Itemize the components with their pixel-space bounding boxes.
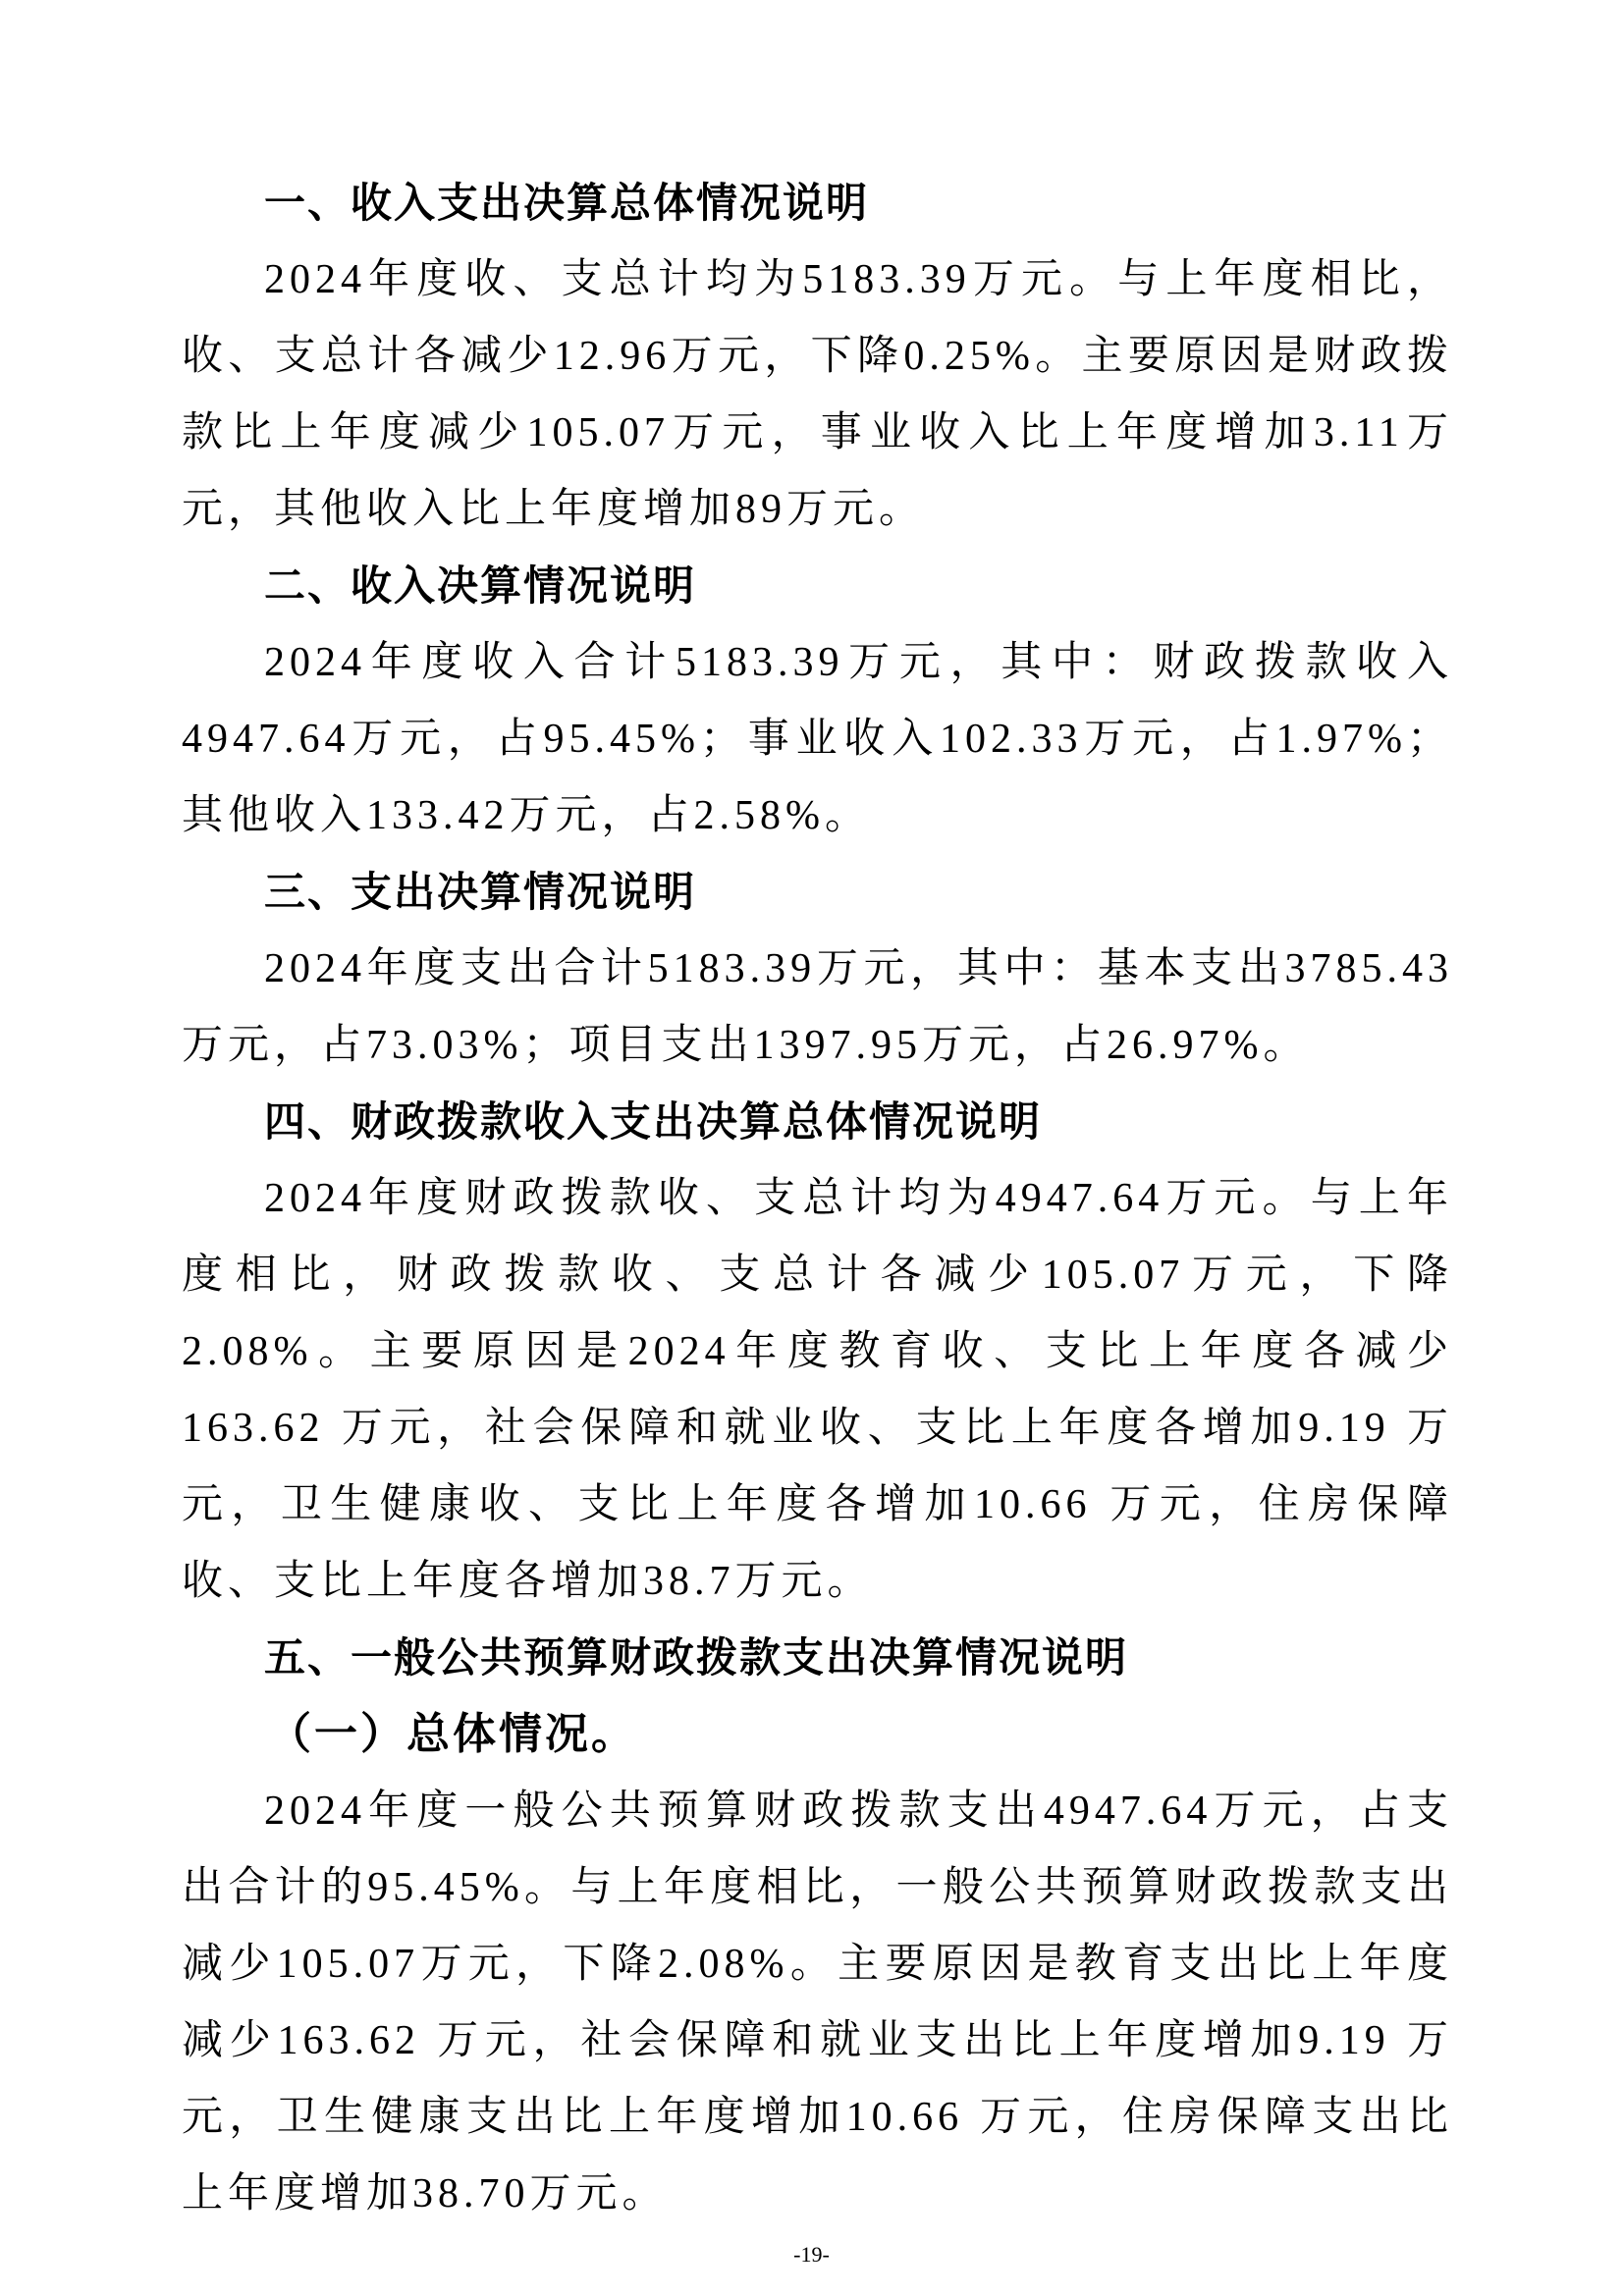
section-heading-expenditure-final-accounts: 三、支出决算情况说明 — [182, 854, 1453, 931]
document-content: 一、收入支出决算总体情况说明 2024年度收、支总计均为5183.39万元。与上… — [182, 165, 1453, 2232]
section-heading-fiscal-appropriation-overview: 四、财政拨款收入支出决算总体情况说明 — [182, 1084, 1453, 1160]
subsection-heading-overall-situation: （一）总体情况。 — [182, 1696, 1453, 1773]
section-heading-income-final-accounts: 二、收入决算情况说明 — [182, 548, 1453, 624]
paragraph-income-final-accounts: 2024年度收入合计5183.39万元，其中：财政拨款收入4947.64万元，占… — [182, 624, 1453, 854]
paragraph-expenditure-final-accounts: 2024年度支出合计5183.39万元，其中：基本支出3785.43万元，占73… — [182, 931, 1453, 1084]
document-page: 一、收入支出决算总体情况说明 2024年度收、支总计均为5183.39万元。与上… — [0, 0, 1623, 2296]
page-number: -19- — [0, 2242, 1623, 2268]
paragraph-income-expenditure-overview: 2024年度收、支总计均为5183.39万元。与上年度相比，收、支总计各减少12… — [182, 241, 1453, 548]
paragraph-general-public-budget-expenditure: 2024年度一般公共预算财政拨款支出4947.64万元，占支出合计的95.45%… — [182, 1773, 1453, 2232]
section-heading-income-expenditure-overview: 一、收入支出决算总体情况说明 — [182, 165, 1453, 241]
paragraph-fiscal-appropriation-overview: 2024年度财政拨款收、支总计均为4947.64万元。与上年度相比，财政拨款收、… — [182, 1160, 1453, 1620]
section-heading-general-public-budget-expenditure: 五、一般公共预算财政拨款支出决算情况说明 — [182, 1620, 1453, 1696]
